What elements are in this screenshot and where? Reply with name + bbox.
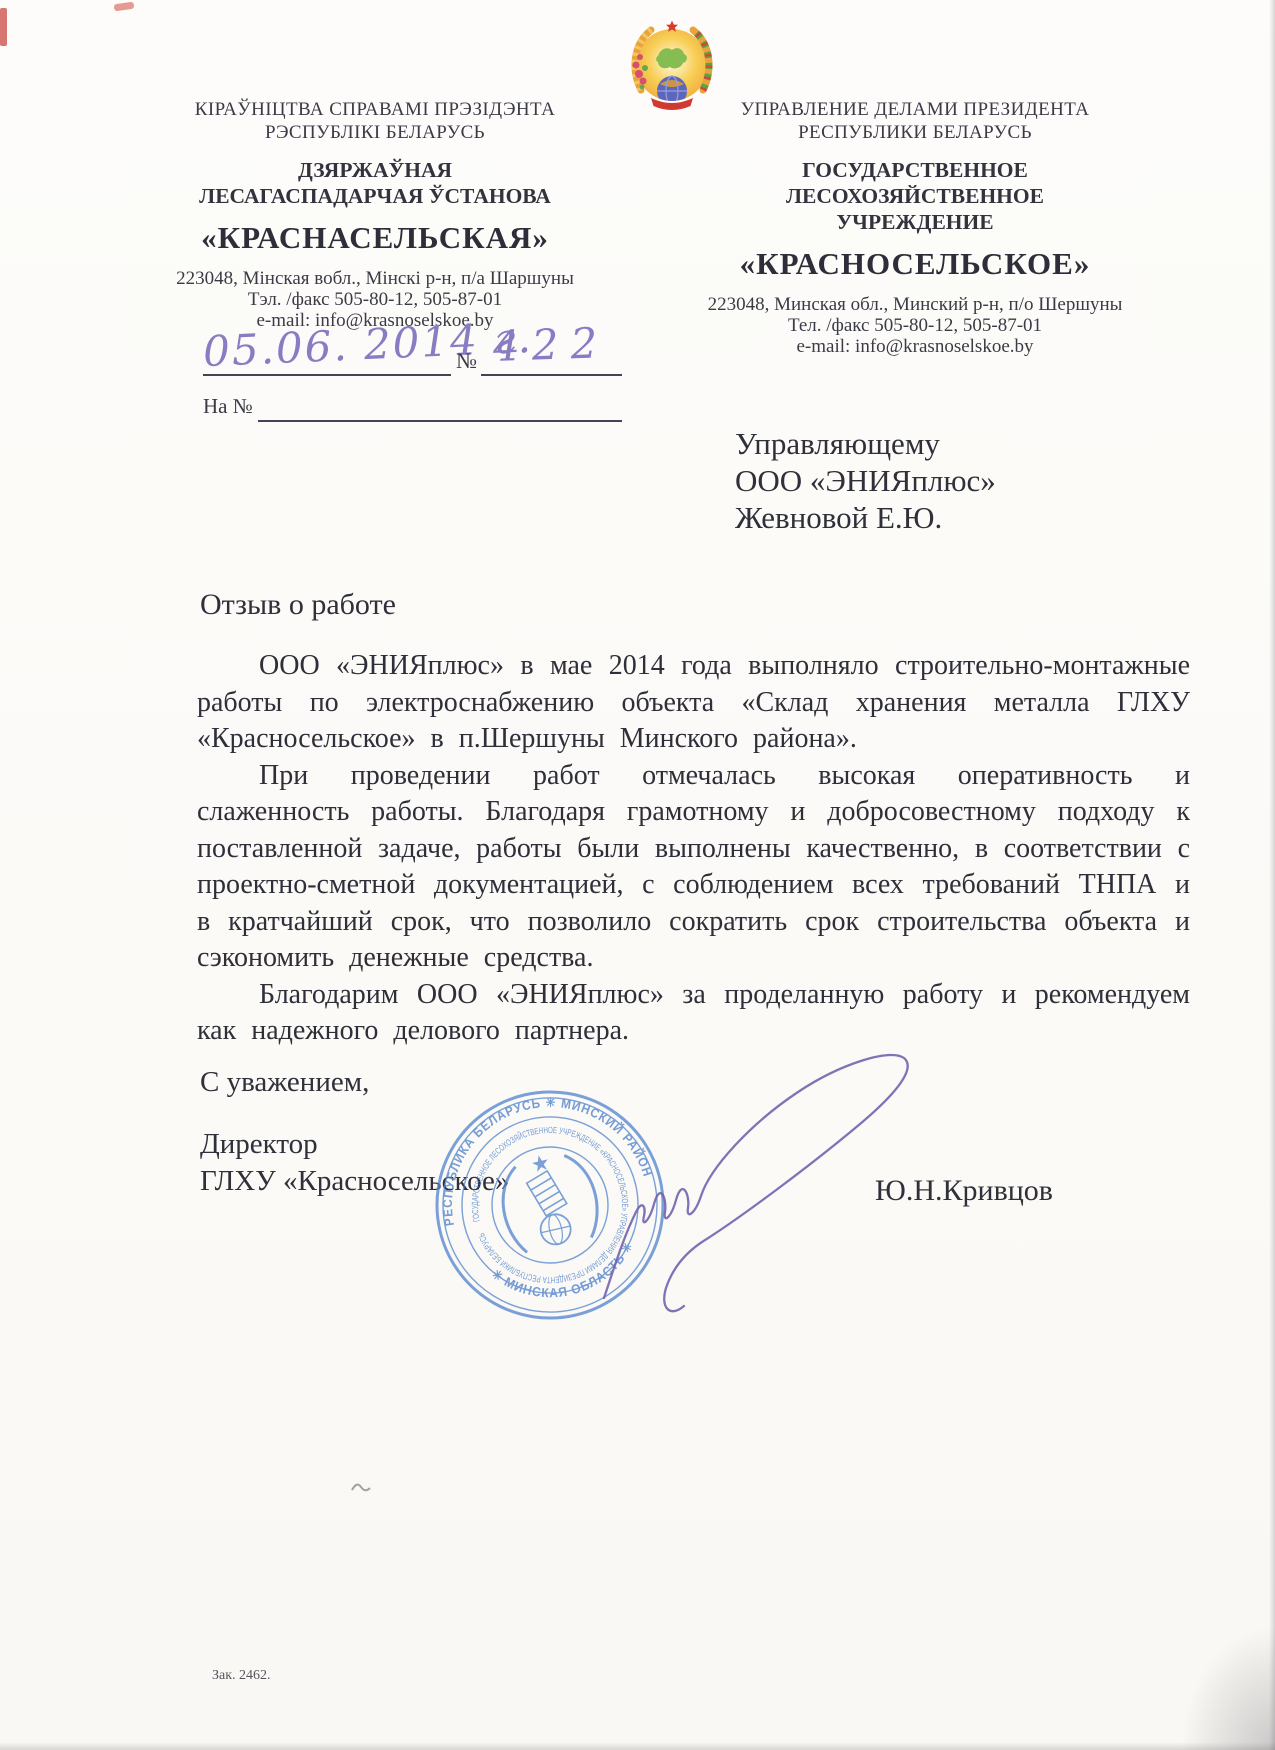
org-name: «КРАСНОСЕЛЬСКОЕ» xyxy=(705,246,1125,282)
org-email: e-mail: info@krasnoselskoe.by xyxy=(705,336,1125,357)
letterhead-right: УПРАВЛЕНИЕ ДЕЛАМИ ПРЕЗИДЕНТА РЕСПУБЛИКИ … xyxy=(705,98,1125,357)
org-name: «КРАСНАСЕЛЬСКАЯ» xyxy=(165,220,585,256)
org-phone: Тэл. /факс 505-80-12, 505-87-01 xyxy=(165,289,585,310)
authority-line: КІРАЎНІЦТВА СПРАВАМІ ПРЭЗІДЭНТА xyxy=(165,98,585,121)
scan-artifact-red-dash xyxy=(114,2,135,12)
org-phone: Тел. /факс 505-80-12, 505-87-01 xyxy=(705,315,1125,336)
authority-line: РЕСПУБЛИКИ БЕЛАРУСЬ xyxy=(705,121,1125,144)
closing-regards: С уважением, xyxy=(200,1064,369,1101)
addressee-person: Жевновой Е.Ю. xyxy=(735,499,996,536)
belarus-state-emblem-icon xyxy=(627,18,717,110)
org-line: ЛЕСОХОЗЯЙСТВЕННОЕ УЧРЕЖДЕНИЕ xyxy=(705,183,1125,235)
body-paragraph-1: ООО «ЭНИЯплюс» в мае 2014 года выполняло… xyxy=(197,648,1190,758)
signature-stroke xyxy=(560,1040,960,1340)
handwritten-number: 422 xyxy=(493,318,611,371)
authority-line: УПРАВЛЕНИЕ ДЕЛАМИ ПРЕЗИДЕНТА xyxy=(705,98,1125,121)
body-paragraph-2: При проведении работ отмечалась высокая … xyxy=(197,758,1190,977)
number-label: № xyxy=(456,348,477,374)
body-paragraph-3: Благодарим ООО «ЭНИЯплюс» за проделанную… xyxy=(197,977,1190,1050)
letter-body: ООО «ЭНИЯплюс» в мае 2014 года выполняло… xyxy=(197,648,1190,1050)
scanned-letter-page: КІРАЎНІЦТВА СПРАВАМІ ПРЭЗІДЭНТА РЭСПУБЛІ… xyxy=(0,0,1275,1750)
org-line: ГОСУДАРСТВЕННОЕ xyxy=(705,157,1125,183)
na-number-label: На № xyxy=(203,394,253,419)
addressee-role: Управляющему xyxy=(735,425,996,462)
na-number-field xyxy=(258,394,622,422)
number-field: 422 xyxy=(481,320,622,376)
org-line: ЛЕСАГАСПАДАРЧАЯ ЎСТАНОВА xyxy=(165,183,585,209)
org-line: ДЗЯРЖАЎНАЯ xyxy=(165,157,585,183)
scan-corner-shadow xyxy=(1180,1624,1275,1750)
org-address: 223048, Минская обл., Минский р-н, п/о Ш… xyxy=(705,294,1125,315)
scan-artifact-red-strip xyxy=(0,8,7,46)
scan-edge-shadow-bottom xyxy=(0,1742,1275,1750)
date-field: 05.06. 2014 г. xyxy=(203,320,451,376)
addressee-block: Управляющему ООО «ЭНИЯплюс» Жевновой Е.Ю… xyxy=(735,425,996,536)
pencil-mark xyxy=(350,1480,372,1496)
subject-line: Отзыв о работе xyxy=(200,588,396,622)
authority-line: РЭСПУБЛІКІ БЕЛАРУСЬ xyxy=(165,121,585,144)
letterhead-left: КІРАЎНІЦТВА СПРАВАМІ ПРЭЗІДЭНТА РЭСПУБЛІ… xyxy=(165,98,585,331)
addressee-company: ООО «ЭНИЯплюс» xyxy=(735,462,996,499)
print-order-note: Зак. 2462. xyxy=(212,1668,271,1684)
org-address: 223048, Мінская вобл., Мінскі р-н, п/а Ш… xyxy=(165,268,585,289)
scan-edge-shadow-right xyxy=(1269,0,1275,1750)
